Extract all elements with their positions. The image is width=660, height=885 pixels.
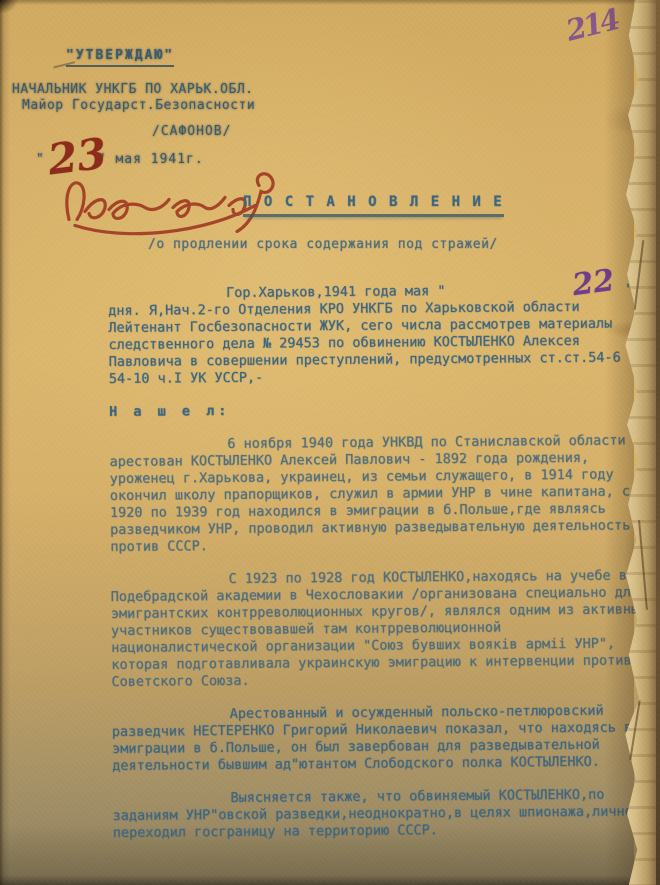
approver-rank-line: Майор Государст.Безопасности [22,98,255,113]
approver-title-line: НАЧАЛЬНИК УНКГБ ПО ХАРЬК.ОБЛ. [12,82,253,97]
paragraph-nesterenko: Арестованный и осужденный польско-петлюр… [112,702,651,775]
resolution-subtitle: /о продлении срока содержания под страже… [148,237,498,252]
paragraph-conclusion: Выясняется также, что обвиняемый КОСТЫЛЕ… [112,786,650,842]
approve-word: "УТВЕРЖДАЮ" [66,48,174,67]
intro-pre: Гор.Харьков,1941 года мая " [226,283,446,301]
document-photo: 214 "УТВЕРЖДАЮ" НАЧАЛЬНИК УНКГБ ПО ХАРЬК… [0,0,660,885]
paragraph-arrest: 6 ноября 1940 года УНКВД по Станиславско… [109,432,648,556]
paragraph-academy: С 1923 по 1928 год КОСТЫЛЕНКО,находясь н… [110,567,649,691]
paragraph-intro: Гор.Харьков,1941 года мая "22" дня. Я,На… [108,281,647,388]
found-heading: Н а ш е л: [109,399,647,421]
body-text: Гор.Харьков,1941 года мая "22" дня. Я,На… [108,281,651,858]
approver-name: /САФОНОВ/ [152,124,231,139]
resolution-title: П О С Т А Н О В Л Е Н И Е [243,194,504,217]
